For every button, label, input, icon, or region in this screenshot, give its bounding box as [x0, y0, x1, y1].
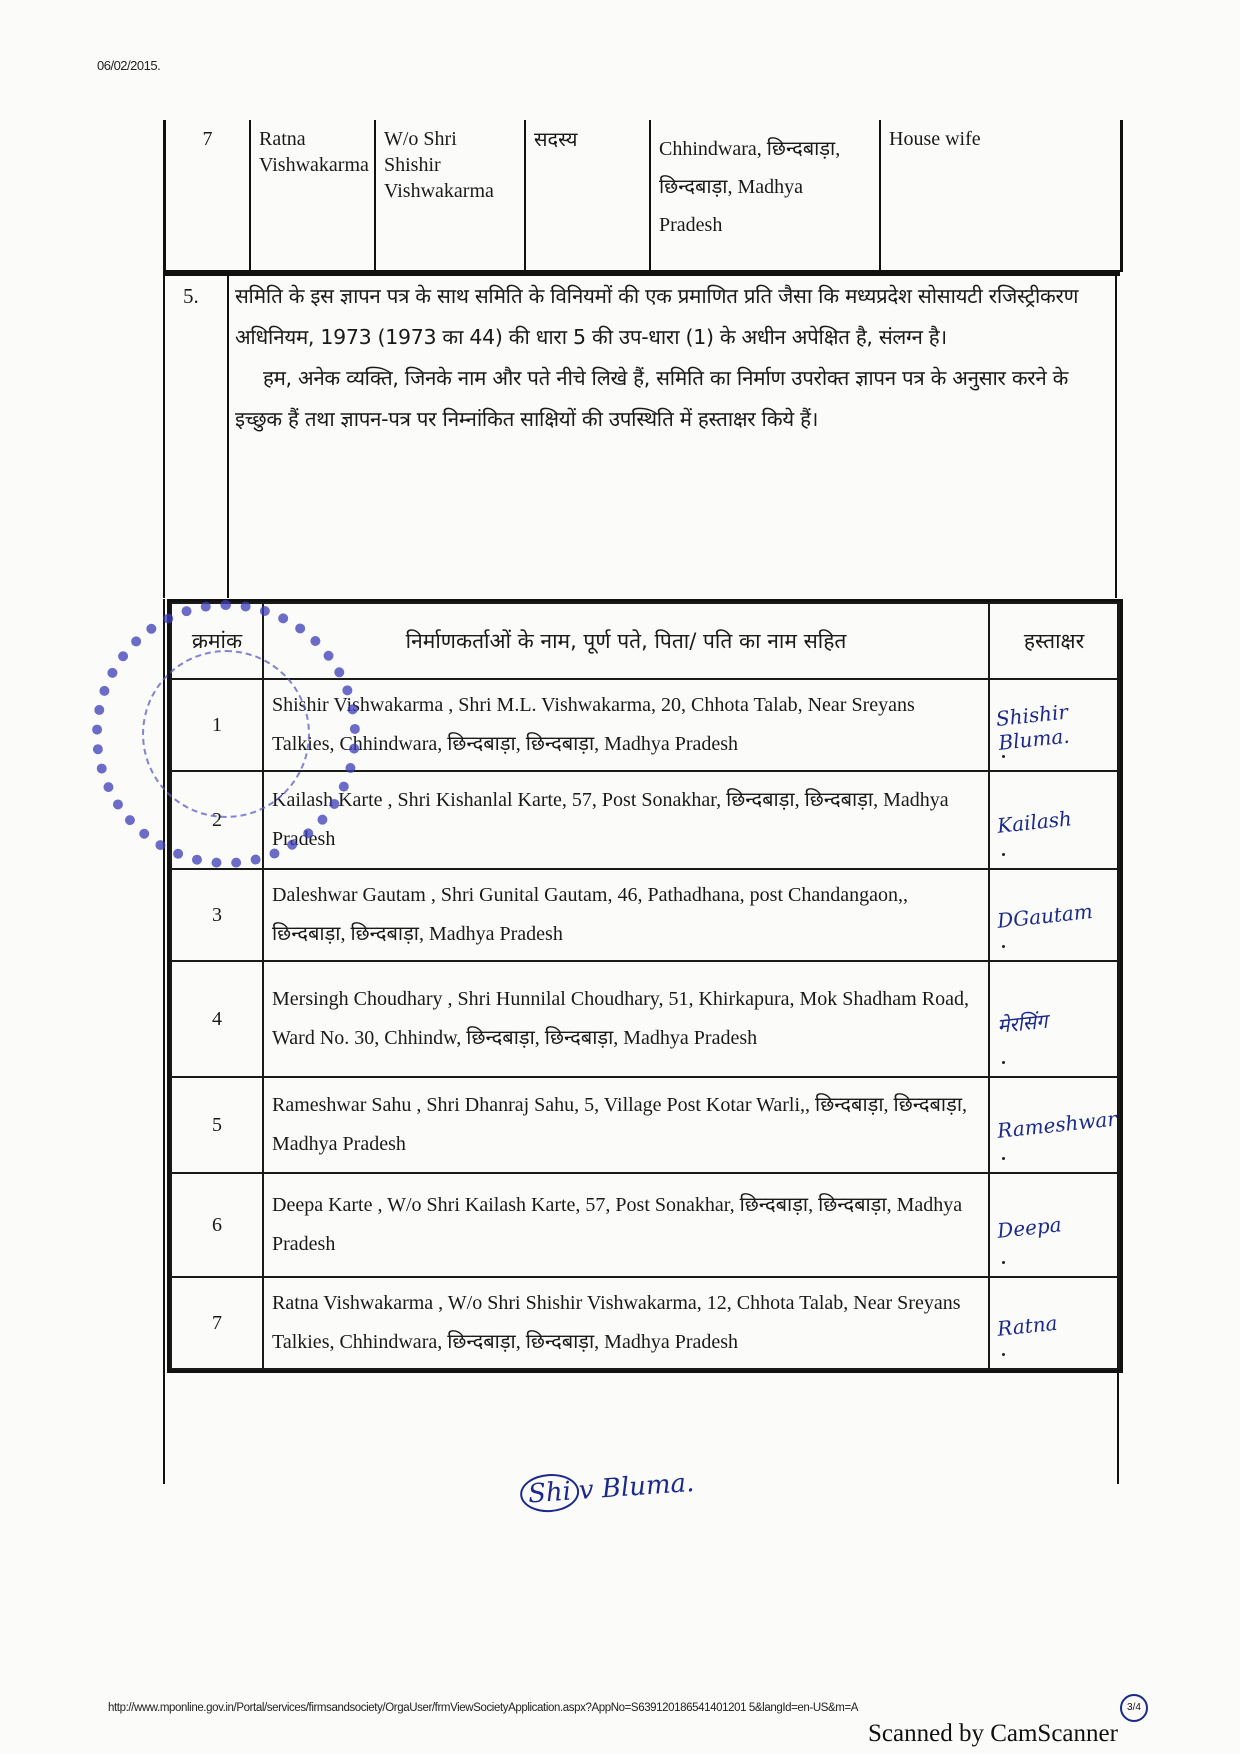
source-url: http://www.mponline.gov.in/Portal/servic… [108, 1702, 858, 1714]
row-relation: W/o Shri Shishir Vishwakarma [376, 120, 526, 270]
row-signature: Rameshwar [989, 1077, 1119, 1173]
handwritten-signature: Shishir Bluma. [989, 695, 1119, 756]
handwritten-signature: Deepa [990, 1206, 1118, 1243]
table-header-row: क्रमांक निर्माणकर्ताओं के नाम, पूर्ण पते… [171, 603, 1119, 679]
dot-mark [1002, 1353, 1005, 1356]
print-date: 06/02/2015. [97, 58, 160, 73]
dot-mark [1002, 945, 1005, 948]
header-signature: हस्ताक्षर [989, 603, 1119, 679]
row-designation: सदस्य [526, 120, 651, 270]
section-paragraph-1: समिति के इस ज्ञापन पत्र के साथ समिति के … [229, 276, 1115, 358]
section-number: 5. [183, 284, 199, 309]
row-occupation: House wife [881, 120, 1114, 270]
section-border [163, 276, 165, 598]
table-row: 4Mersingh Choudhary , Shri Hunnilal Chou… [171, 961, 1119, 1077]
row-serial: 2 [171, 771, 263, 869]
handwritten-signature: Kailash [990, 801, 1118, 838]
dot-mark [1002, 755, 1005, 758]
row-details: Rameshwar Sahu , Shri Dhanraj Sahu, 5, V… [263, 1077, 989, 1173]
dot-mark [1002, 1261, 1005, 1264]
dot-mark [1002, 1157, 1005, 1160]
row-serial: 5 [171, 1077, 263, 1173]
row-signature: DGautam [989, 869, 1119, 961]
dot-mark [1002, 1061, 1005, 1064]
page-number-badge: 3/4 [1120, 1694, 1148, 1722]
row-serial: 7 [166, 120, 251, 270]
row-serial: 3 [171, 869, 263, 961]
scanner-watermark: Scanned by CamScanner [868, 1720, 1118, 1748]
row-details: Mersingh Choudhary , Shri Hunnilal Choud… [263, 961, 989, 1077]
row-serial: 7 [171, 1277, 263, 1369]
row-serial: 6 [171, 1173, 263, 1277]
row-signature: Deepa [989, 1173, 1119, 1277]
row-details: Shishir Vishwakarma , Shri M.L. Vishwaka… [263, 679, 989, 771]
row-details: Kailash Karte , Shri Kishanlal Karte, 57… [263, 771, 989, 869]
table-row: 7Ratna Vishwakarma , W/o Shri Shishir Vi… [171, 1277, 1119, 1369]
table-row: 2Kailash Karte , Shri Kishanlal Karte, 5… [171, 771, 1119, 869]
header-details: निर्माणकर्ताओं के नाम, पूर्ण पते, पिता/ … [263, 603, 989, 679]
row-signature: Ratna [989, 1277, 1119, 1369]
header-serial: क्रमांक [171, 603, 263, 679]
dot-mark [1002, 853, 1005, 856]
founders-table: क्रमांक निर्माणकर्ताओं के नाम, पूर्ण पते… [167, 599, 1123, 1373]
table-row: 3Daleshwar Gautam , Shri Gunital Gautam,… [171, 869, 1119, 961]
bottom-signature: Shiv Bluma. [519, 1464, 696, 1514]
row-name: Ratna Vishwakarma [251, 120, 376, 270]
section-paragraph-2: हम, अनेक व्यक्ति, जिनके नाम और पते नीचे … [229, 358, 1115, 440]
table-row: 6Deepa Karte , W/o Shri Kailash Karte, 5… [171, 1173, 1119, 1277]
row-details: Ratna Vishwakarma , W/o Shri Shishir Vis… [263, 1277, 989, 1369]
handwritten-signature: मेरसिंग [990, 999, 1118, 1039]
section-5-text: समिति के इस ज्ञापन पत्र के साथ समिति के … [227, 276, 1117, 598]
table-row: 1Shishir Vishwakarma , Shri M.L. Vishwak… [171, 679, 1119, 771]
handwritten-signature: Rameshwar [990, 1106, 1118, 1143]
table-row: 5Rameshwar Sahu , Shri Dhanraj Sahu, 5, … [171, 1077, 1119, 1173]
handwritten-signature: Ratna [990, 1304, 1118, 1341]
row-address: Chhindwara, छिन्दबाड़ा, छिन्दबाड़ा, Madh… [651, 120, 881, 270]
row-details: Deepa Karte , W/o Shri Kailash Karte, 57… [263, 1173, 989, 1277]
frame-border-left [163, 599, 165, 1484]
row-signature: Kailash [989, 771, 1119, 869]
members-table-row: 7 Ratna Vishwakarma W/o Shri Shishir Vis… [163, 120, 1123, 272]
row-serial: 1 [171, 679, 263, 771]
row-signature: Shishir Bluma. [989, 679, 1119, 771]
row-serial: 4 [171, 961, 263, 1077]
row-signature: मेरसिंग [989, 961, 1119, 1077]
row-details: Daleshwar Gautam , Shri Gunital Gautam, … [263, 869, 989, 961]
handwritten-signature: DGautam [990, 896, 1118, 933]
